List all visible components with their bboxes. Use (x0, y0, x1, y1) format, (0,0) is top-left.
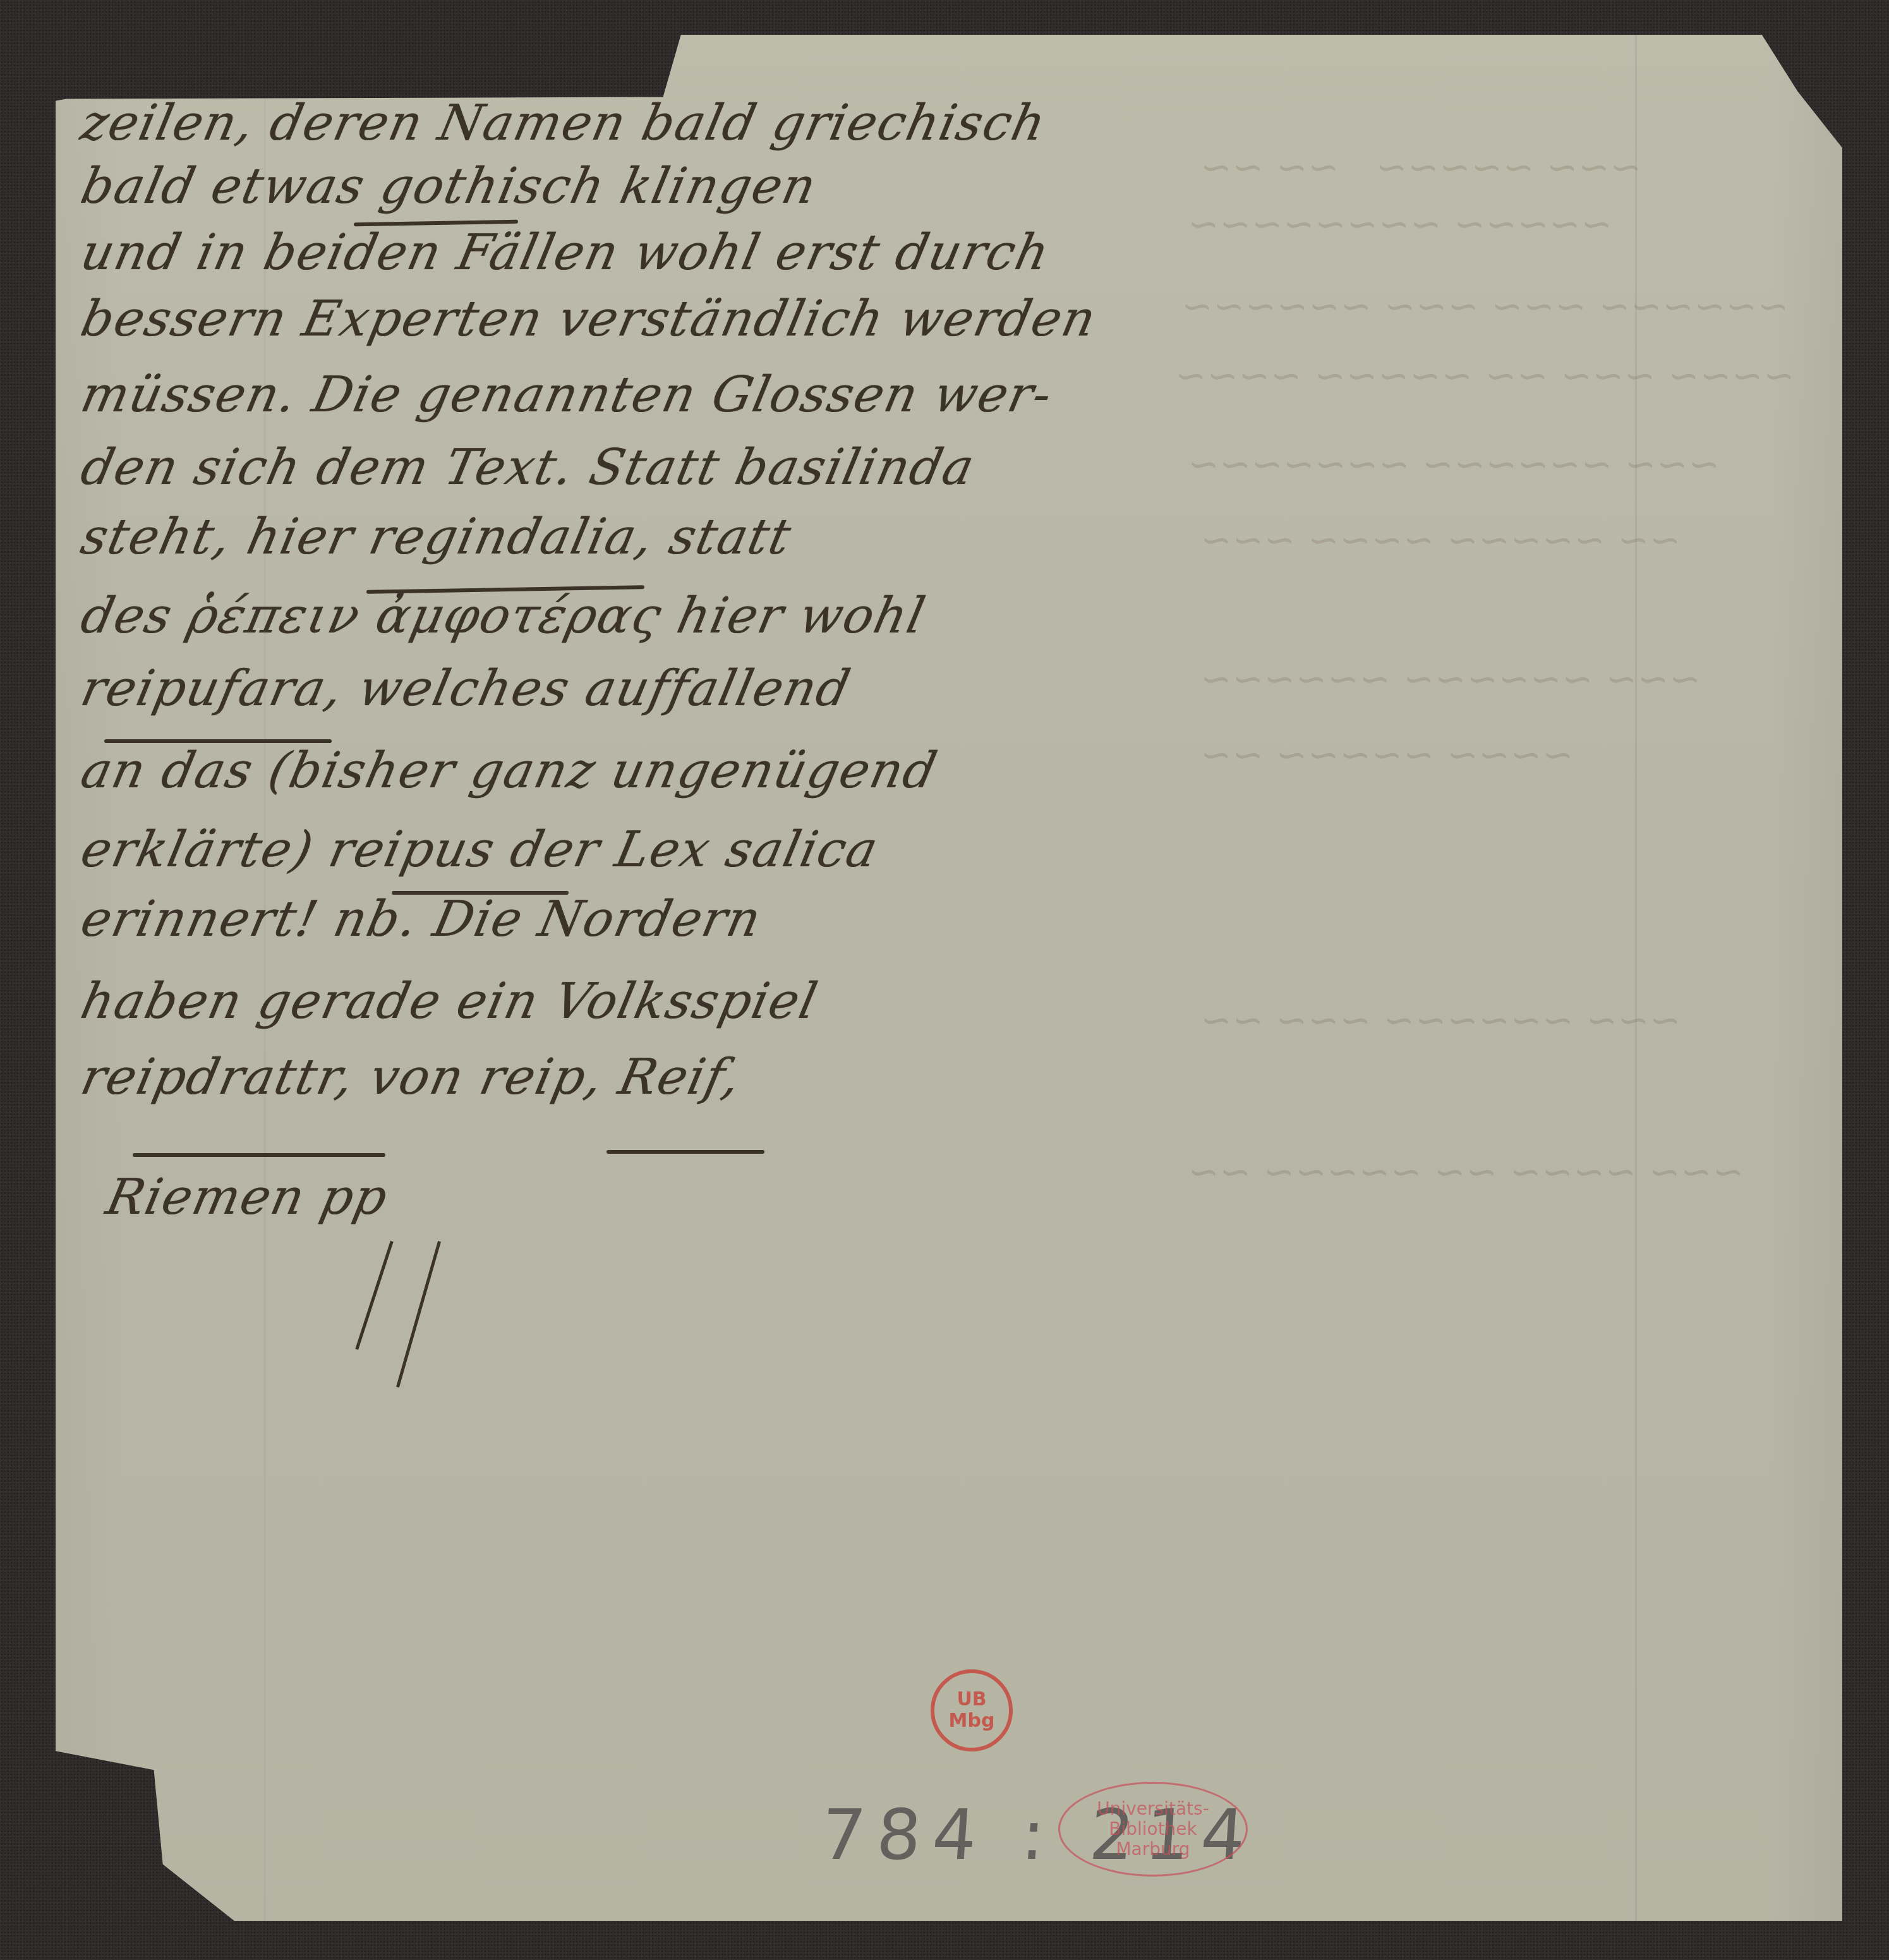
manuscript-line: und in beiden Fällen wohl erst durch (76, 224, 1055, 281)
stamp-text: Bibliothek (1109, 1819, 1197, 1839)
show-through-text: ~~~~ ~~~ ~~ ~~~~~ ~~~~ (1171, 354, 1799, 398)
manuscript-line: zeilen, deren Namen bald griechisch (76, 95, 1051, 152)
manuscript-line: an das (bisher ganz ungenügend (76, 742, 943, 799)
manuscript-line: haben gerade ein Volksspiel (76, 973, 823, 1030)
manuscript-line: müssen. Die genannten Glossen wer- (76, 366, 1058, 423)
underline-stroke (607, 1150, 764, 1154)
underline-stroke (104, 739, 332, 743)
manuscript-line: bessern Experten verständlich werden (76, 291, 1101, 348)
manuscript-line: Riemen pp (101, 1169, 393, 1226)
show-through-text: ~~~~~ ~~~~~~~~ (1184, 202, 1617, 246)
manuscript-line: reipufara, welches auffallend (76, 660, 855, 717)
show-through-text: ~~~ ~~~~~~ ~~~~~~~ (1184, 442, 1724, 487)
manuscript-line: erklärte) reipus der Lex salica (76, 821, 883, 878)
manuscript-line: erinnert! nb. Die Nordern (76, 891, 766, 948)
show-through-text: ~~ ~~~~~ ~~~~ ~~~ (1197, 518, 1685, 562)
library-stamp-oval: Universitäts- Bibliothek Marburg (1058, 1782, 1248, 1877)
underline-stroke (133, 1153, 385, 1157)
show-through-text: ~~~~~~ ~~~ ~~~ ~~~~~~ (1178, 284, 1793, 329)
stamp-text: Mbg (949, 1710, 995, 1732)
stamp-text: Universitäts- (1097, 1799, 1209, 1819)
stamp-text: UB (957, 1689, 986, 1710)
manuscript-line: den sich dem Text. Statt basilinda (76, 439, 980, 496)
manuscript-line: bald etwas gothisch klingen (76, 158, 822, 215)
manuscript-line: reipdrattr, von reip, Reif, (76, 1049, 746, 1106)
manuscript-line: des ῥέπειν ἀμφοτέρας hier wohl (76, 588, 931, 644)
show-through-text: ~~~ ~~~~~ ~~ ~~ (1197, 145, 1646, 190)
show-through-text: ~~~ ~~~~~~ ~~~~~~ (1197, 657, 1705, 701)
stamp-text: Marburg (1116, 1839, 1190, 1860)
underline-stroke (392, 891, 569, 895)
show-through-text: ~~~~ ~~~~~ ~~ (1197, 733, 1578, 777)
show-through-text: ~~~ ~~~~~~ ~~~ ~~ (1197, 998, 1685, 1043)
show-through-text: ~~~ ~~~~ ~~ ~~~~~ ~~ (1184, 1150, 1748, 1194)
manuscript-line: steht, hier regindalia, statt (76, 509, 797, 566)
library-stamp-circle: UB Mbg (931, 1669, 1013, 1751)
